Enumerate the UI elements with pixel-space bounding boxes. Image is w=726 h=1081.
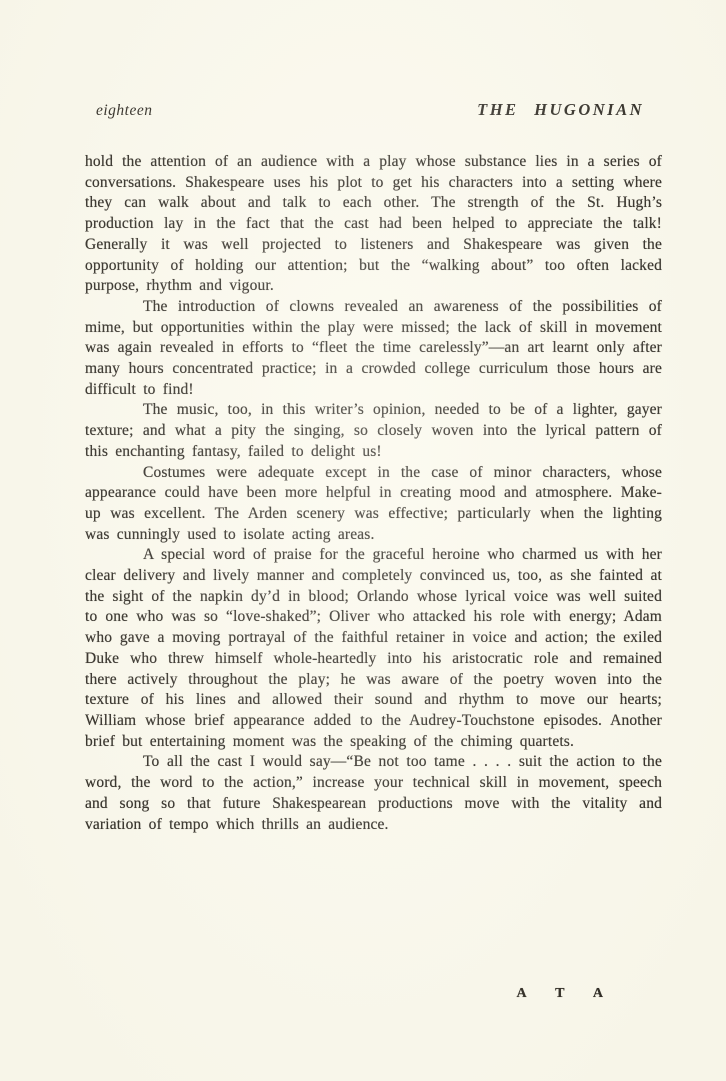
page-header: eighteen THE HUGONIAN	[96, 100, 644, 120]
article-paragraph: hold the attention of an audience with a…	[85, 152, 662, 297]
article-paragraph: The introduction of clowns revealed an a…	[85, 297, 662, 401]
author-initials: A T A	[516, 986, 616, 1002]
article-paragraph: A special word of praise for the gracefu…	[85, 545, 662, 752]
page-number: eighteen	[96, 102, 153, 120]
magazine-title: THE HUGONIAN	[477, 100, 644, 120]
article-paragraph: The music, too, in this writer’s opinion…	[85, 400, 662, 462]
magazine-page: eighteen THE HUGONIAN hold the attention…	[0, 0, 726, 1081]
article-body: hold the attention of an audience with a…	[85, 152, 662, 835]
article-paragraph: Costumes were adequate except in the cas…	[85, 463, 662, 546]
article-paragraph: To all the cast I would say—“Be not too …	[85, 752, 662, 835]
